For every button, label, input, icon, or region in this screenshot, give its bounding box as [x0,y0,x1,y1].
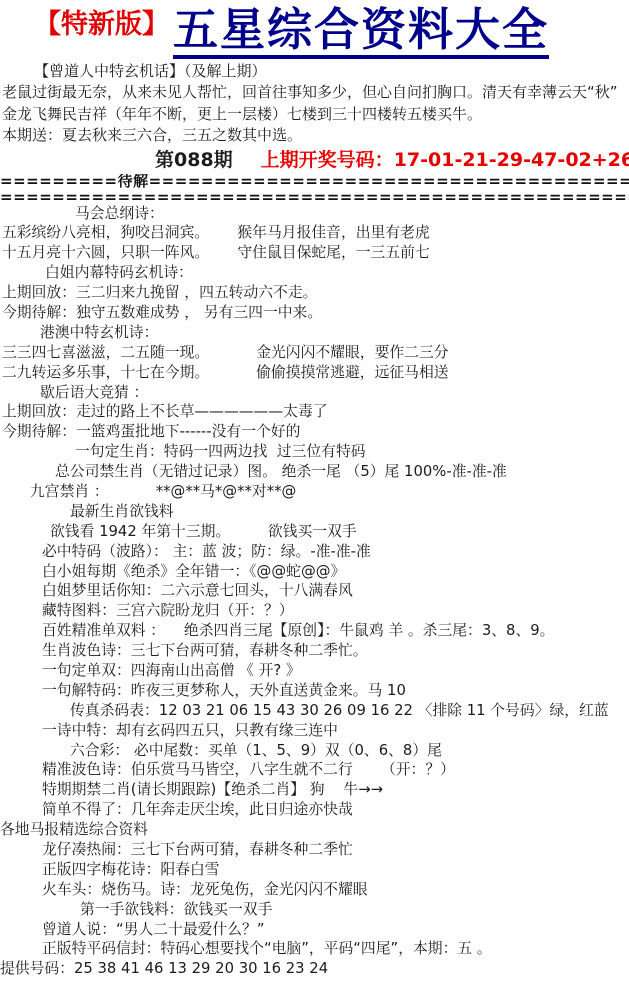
text-line: 总公司禁生肖（无错过记录）图。 绝杀一尾 （5）尾 100%-准-准-准 [0,462,629,482]
text-line: 马会总纲诗： [0,204,629,224]
text-line: 上期回放：走过的路上不长草——————太毒了 [0,402,629,422]
text-line: 十五月亮十六圆，只职一阵风。 守住鼠目保蛇尾，一三五前七 [0,243,629,263]
text-line: 一句解特码：昨夜三更梦称人，天外直送黄金来。马 10 [0,681,629,701]
text-line: 九宫禁肖 ： **@**马*@**对**@ [0,482,629,502]
text-line: 特期期禁二肖(请长期跟踪)【绝杀二肖】 狗 牛→→ [0,780,629,800]
text-line: 各地马报精选综合资料 [0,820,629,840]
subtitle: 【曾道人中特玄机话】（及解上期） [0,60,629,82]
issue-row: 第088期上期开奖号码：17-01-21-29-47-02+26 [0,147,629,174]
text-line: 第一手欲钱料：欲钱买一双手 [0,900,629,920]
text-line: 提供号码：25 38 41 46 13 29 20 30 16 23 24 [0,959,629,979]
content-lines: 马会总纲诗：五彩缤纷八亮相，狗咬吕洞宾。 猴年马月报佳音，出里有老虎十五月亮十六… [0,204,629,980]
text-line: 百姓精准单双料 ： 绝杀四肖三尾【原创】：牛鼠鸡 羊 。杀三尾：3、8、9。 [0,621,629,641]
text-line: 正版特平码信封：特码心想要找个“电脑”，平码“四尾”，本期：五 。 [0,939,629,959]
text-line: 简单不得了：几年奔走厌尘埃，此日归途亦快哉 [0,800,629,820]
text-line: 必中特码（波路）： 主：蓝 波；防：绿。-准-准-准 [0,542,629,562]
divider-line-bottom: ========================================… [0,190,629,204]
issue-number: 第088期 [155,149,233,171]
text-line: 传真杀码表：12 03 21 06 15 43 30 26 09 16 22 〈… [0,701,629,721]
header: 【特新版】五星综合资料大全 [0,0,629,60]
text-line: 白小姐每期《绝杀》全年错一：《@@蛇@@》 [0,562,629,582]
text-line: 上期回放：三二归来九挽留 ，四五转动六不走。 [0,283,629,303]
text-line: 生肖波色诗：三七下台两可猜，春耕冬种二季忙。 [0,641,629,661]
text-line: 曾道人说：“男人二十最爱什么？” [0,920,629,940]
text-line: 藏特图料：三宫六院盼龙归（开：？） [0,601,629,621]
text-line: 今期待解：独守五数难成势 ， 另有三四一中来。 [0,303,629,323]
intro-lines: 老鼠过街最无奈，从来未见人帮忙，回首往事知多少，但心自问扪胸口。清天有幸薄云天“… [0,82,629,147]
last-draw-label: 上期开奖号码： [261,149,394,171]
text-line: 六合彩： 必中尾数：买单（1、5、9）双（0、6、8）尾 [0,741,629,761]
text-line: 一句定生肖：特码一四两边找 过三位有特码 [0,442,629,462]
text-line: 三三四七喜滋滋，二五随一现。 金光闪闪不耀眼，要作二三分 [0,343,629,363]
text-line: 白姐内幕特码玄机诗： [0,263,629,283]
page-title: 五星综合资料大全 [173,5,549,59]
text-line: 精准波色诗：伯乐赏马马皆空，八字生就不二行 （开：？） [0,760,629,780]
text-line: 五彩缤纷八亮相，狗咬吕洞宾。 猴年马月报佳音，出里有老虎 [0,223,629,243]
text-line: 白姐梦里话你知：二六示意七回头，十八满春风 [0,581,629,601]
intro-line: 本期送：夏去秋来三六合，三五之数其中选。 [0,125,629,147]
intro-line: 老鼠过街最无奈，从来未见人帮忙，回首往事知多少，但心自问扪胸口。清天有幸薄云天“… [0,82,629,104]
text-line: 一句定单双：四海南山出高僧 《 开? 》 [0,661,629,681]
text-line: 一诗中特：却有玄码四五只，只教有缘三连中 [0,721,629,741]
divider-line-top: =========待解=============================… [0,174,629,188]
last-draw-result: 上期开奖号码：17-01-21-29-47-02+26 [261,149,629,171]
text-line: 今期待解：一篮鸡蛋批地下------没有一个好的 [0,422,629,442]
text-line: 火车头：烧伤马。诗：龙死兔伤，金光闪闪不耀眼 [0,880,629,900]
text-line: 二九转运多乐事，十七在今期。 偷偷摸摸常逃避，远征马相送 [0,363,629,383]
text-line: 最新生肖欲钱料 [0,502,629,522]
edition-badge: 【特新版】 [34,9,169,40]
last-draw-numbers: 17-01-21-29-47-02+26 [394,149,629,171]
text-line: 歇后语大竞猜 ： [0,383,629,403]
intro-line: 金龙飞舞民吉祥（年年不断，更上一层楼）七楼到三十四楼转五楼买牛。 [0,104,629,126]
text-line: 正版四字梅花诗：阳春白雪 [0,860,629,880]
lottery-info-sheet: 【特新版】五星综合资料大全 【曾道人中特玄机话】（及解上期） 老鼠过街最无奈，从… [0,0,629,990]
text-line: 龙仔凑热闹：三七下台两可猜，春耕冬种二季忙 [0,840,629,860]
text-line: 欲钱看 1942 年第十三期。 欲钱买一双手 [0,522,629,542]
text-line: 港澳中特玄机诗： [0,323,629,343]
